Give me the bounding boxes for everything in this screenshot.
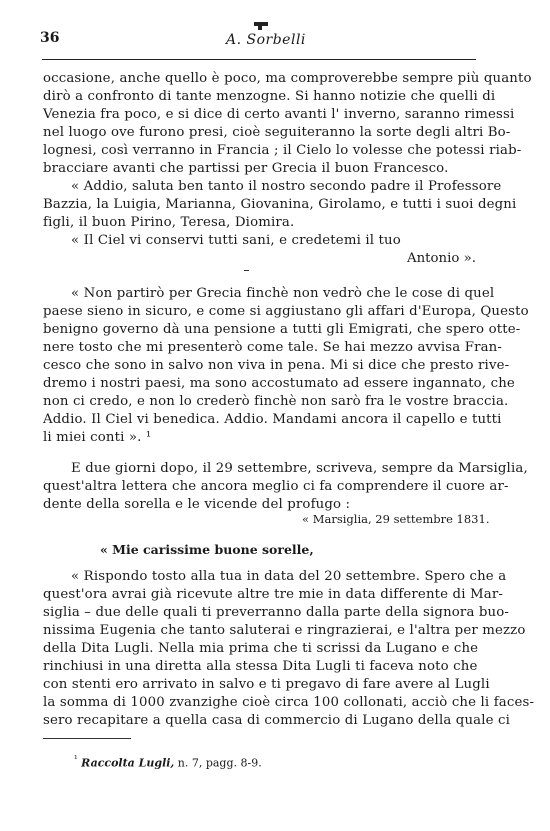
text-line: dremo i nostri paesi, ma sono accostumat… (43, 375, 475, 393)
text-line: occasione, anche quello è poco, ma compr… (43, 70, 475, 88)
text-line: lognesi, così verranno in Francia ; il C… (43, 142, 475, 160)
text-line: rinchiusi in una diretta alla stessa Dit… (43, 658, 475, 676)
footnote-rule (43, 738, 131, 739)
text-line: nel luogo ove furono presi, cioè seguite… (43, 124, 475, 142)
text-line: nissima Eugenia che tanto saluterai e ri… (43, 622, 475, 640)
text-line: con stenti ero arrivato in salvo e ti pr… (43, 676, 475, 694)
page-number: 36 (40, 30, 59, 46)
running-head: A. Sorbelli (226, 32, 306, 48)
text-line: « Addio, saluta ben tanto il nostro seco… (71, 178, 475, 196)
text-line: la somma di 1000 zvanzighe cioè circa 10… (43, 694, 475, 712)
separator-mark (244, 270, 249, 271)
text-line: « Non partirò per Grecia finchè non vedr… (71, 285, 475, 303)
text-line: « Rispondo tosto alla tua in data del 20… (71, 568, 475, 586)
salutation: « Mie carissime buone sorelle, (100, 542, 314, 557)
signature: Antonio ». (407, 251, 476, 266)
footnote-marker: ¹ (74, 754, 78, 765)
text-line: quest'altra lettera che ancora meglio ci… (43, 478, 475, 496)
header-rule (42, 59, 476, 60)
footnote: ¹ Raccolta Lugli, n. 7, pagg. 8-9. (74, 754, 262, 770)
text-line: Bazzia, la Luigia, Marianna, Giovanina, … (43, 196, 475, 214)
text-line: della Dita Lugli. Nella mia prima che ti… (43, 640, 475, 658)
text-line: Venezia fra poco, e si dice di certo ava… (43, 106, 475, 124)
text-line: siglia – due delle quali ti preverranno … (43, 604, 475, 622)
text-line: E due giorni dopo, il 29 settembre, scri… (71, 460, 475, 478)
text-line: quest'ora avrai già ricevute altre tre m… (43, 586, 475, 604)
text-line: nere tosto che mi presenterò come tale. … (43, 339, 475, 357)
footnote-source: Raccolta Lugli, (81, 757, 174, 770)
text-line: sero recapitare a quella casa di commerc… (43, 712, 475, 730)
header-ornament (254, 22, 268, 26)
dateline: « Marsiglia, 29 settembre 1831. (302, 512, 489, 526)
text-line: li miei conti ». ¹ (43, 429, 475, 447)
text-line: figli, il buon Pirino, Teresa, Diomira. (43, 214, 475, 232)
text-line: Addio. Il Ciel vi benedica. Addio. Manda… (43, 411, 475, 429)
footnote-ref: n. 7, pagg. 8-9. (178, 757, 262, 770)
text-line: cesco che sono in salvo non viva in pena… (43, 357, 475, 375)
text-line: dirò a confronto di tante menzogne. Si h… (43, 88, 475, 106)
text-line: paese sieno in sicuro, e come si aggiust… (43, 303, 475, 321)
text-line: benigno governo dà una pensione a tutti … (43, 321, 475, 339)
text-line: « Il Ciel vi conservi tutti sani, e cred… (71, 232, 475, 250)
text-line: non ci credo, e non lo crederò finchè no… (43, 393, 475, 411)
text-line: bracciare avanti che partissi per Grecia… (43, 160, 475, 178)
